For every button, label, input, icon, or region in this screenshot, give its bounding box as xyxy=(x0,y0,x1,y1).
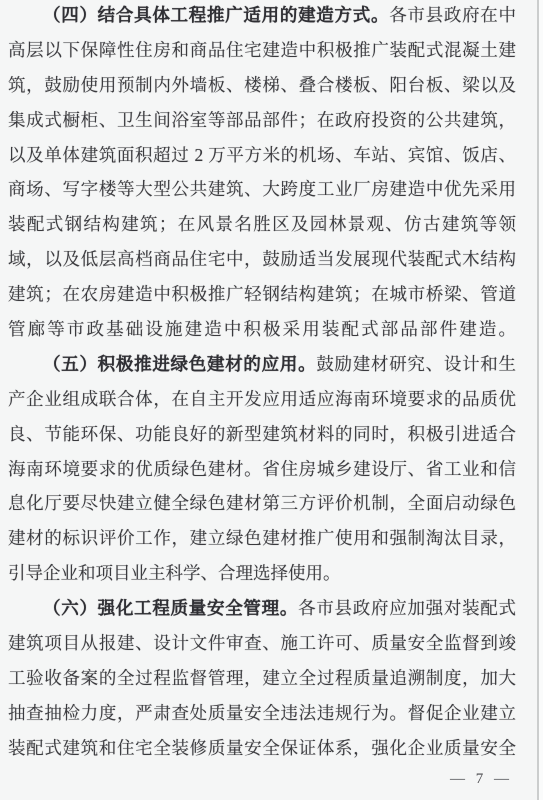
line-text: 各市县政府在中 xyxy=(389,5,516,25)
line-text: 装配式钢结构建筑；在风景名胜区及园林景观、仿古建筑等领 xyxy=(8,214,516,234)
text-line: （四）结合具体工程推广适用的建造方式。各市县政府在中 xyxy=(8,0,516,33)
line-text: 抽查抽检力度，严肃查处质量安全违法违规行为。督促企业建立 xyxy=(8,703,516,723)
line-text: 装配式建筑和住宅全装修质量安全保证体系，强化企业质量安全 xyxy=(8,738,516,758)
line-text: 产企业组成联合体，在自主开发应用适应海南环境要求的品质优 xyxy=(8,389,516,409)
text-line: 引导企业和项目业主科学、合理选择使用。 xyxy=(8,556,516,591)
section-heading: （六）强化工程质量安全管理。 xyxy=(43,598,298,618)
line-text: 海南环境要求的优质绿色建材。省住房城乡建设厅、省工业和信 xyxy=(8,459,516,479)
line-text: 以及单体建筑面积超过 2 万平方米的机场、车站、宾馆、饭店、 xyxy=(8,145,516,165)
line-text: 各市县政府应加强对装配式 xyxy=(298,598,516,618)
text-line: 建筑项目从报建、设计文件审查、施工许可、质量安全监督到竣 xyxy=(8,626,516,661)
line-text: 良、节能环保、功能良好的新型建筑材料的同时，积极引进适合 xyxy=(8,424,516,444)
document-page: （四）结合具体工程推广适用的建造方式。各市县政府在中高层以下保障性住房和商品住宅… xyxy=(0,0,543,800)
text-line: （六）强化工程质量安全管理。各市县政府应加强对装配式 xyxy=(8,591,516,626)
text-line: 息化厅要尽快建立健全绿色建材第三方评价机制，全面启动绿色 xyxy=(8,486,516,521)
line-text: 商场、写字楼等大型公共建筑、大跨度工业厂房建造中优先采用 xyxy=(8,179,516,199)
text-line: 建材的标识评价工作，建立绿色建材推广使用和强制淘汰目录， xyxy=(8,521,516,556)
page-footer: — 7 — xyxy=(0,769,510,789)
text-line: 管廊等市政基础设施建造中积极采用装配式部品部件建造。 xyxy=(8,312,516,347)
text-line: 装配式建筑和住宅全装修质量安全保证体系，强化企业质量安全 xyxy=(8,731,516,766)
text-line: （五）积极推进绿色建材的应用。鼓励建材研究、设计和生 xyxy=(8,347,516,382)
text-line: 抽查抽检力度，严肃查处质量安全违法违规行为。督促企业建立 xyxy=(8,696,516,731)
scan-edge-line xyxy=(537,0,539,800)
line-text: 建材的标识评价工作，建立绿色建材推广使用和强制淘汰目录， xyxy=(8,528,516,548)
line-text: 集成式橱柜、卫生间浴室等部品部件；在政府投资的公共建筑， xyxy=(8,110,516,130)
text-line: 产企业组成联合体，在自主开发应用适应海南环境要求的品质优 xyxy=(8,382,516,417)
line-text: 鼓励建材研究、设计和生 xyxy=(316,354,516,374)
section-heading: （五）积极推进绿色建材的应用。 xyxy=(43,354,316,374)
line-text: 筑，鼓励使用预制内外墙板、楼梯、叠合楼板、阳台板、梁以及 xyxy=(8,75,516,95)
page-number: — 7 — xyxy=(450,771,510,787)
line-text: 息化厅要尽快建立健全绿色建材第三方评价机制，全面启动绿色 xyxy=(8,493,516,513)
text-line: 集成式橱柜、卫生间浴室等部品部件；在政府投资的公共建筑， xyxy=(8,103,516,138)
text-line: 建筑；在农房建造中积极推广轻钢结构建筑；在城市桥梁、管道 xyxy=(8,277,516,312)
line-text: 管廊等市政基础设施建造中积极采用装配式部品部件建造。 xyxy=(8,319,516,339)
line-text: 域，以及低层高档商品住宅中，鼓励适当发展现代装配式木结构 xyxy=(8,249,516,269)
text-line: 海南环境要求的优质绿色建材。省住房城乡建设厅、省工业和信 xyxy=(8,452,516,487)
text-line: 装配式钢结构建筑；在风景名胜区及园林景观、仿古建筑等领 xyxy=(8,207,516,242)
line-text: 工验收备案的全过程监督管理，建立全过程质量追溯制度，加大 xyxy=(8,668,516,688)
line-text: 引导企业和项目业主科学、合理选择使用。 xyxy=(8,563,341,583)
text-line: 工验收备案的全过程监督管理，建立全过程质量追溯制度，加大 xyxy=(8,661,516,696)
text-line: 筑，鼓励使用预制内外墙板、楼梯、叠合楼板、阳台板、梁以及 xyxy=(8,68,516,103)
text-line: 以及单体建筑面积超过 2 万平方米的机场、车站、宾馆、饭店、 xyxy=(8,138,516,173)
text-line: 商场、写字楼等大型公共建筑、大跨度工业厂房建造中优先采用 xyxy=(8,172,516,207)
text-line: 良、节能环保、功能良好的新型建筑材料的同时，积极引进适合 xyxy=(8,417,516,452)
text-block: （四）结合具体工程推广适用的建造方式。各市县政府在中高层以下保障性住房和商品住宅… xyxy=(8,0,516,766)
text-line: 域，以及低层高档商品住宅中，鼓励适当发展现代装配式木结构 xyxy=(8,242,516,277)
line-text: 高层以下保障性住房和商品住宅建造中积极推广装配式混凝土建 xyxy=(8,40,516,60)
scan-margin-strip xyxy=(539,0,543,800)
section-heading: （四）结合具体工程推广适用的建造方式。 xyxy=(43,5,389,25)
line-text: 建筑项目从报建、设计文件审查、施工许可、质量安全监督到竣 xyxy=(8,633,516,653)
line-text: 建筑；在农房建造中积极推广轻钢结构建筑；在城市桥梁、管道 xyxy=(8,284,516,304)
text-line: 高层以下保障性住房和商品住宅建造中积极推广装配式混凝土建 xyxy=(8,33,516,68)
